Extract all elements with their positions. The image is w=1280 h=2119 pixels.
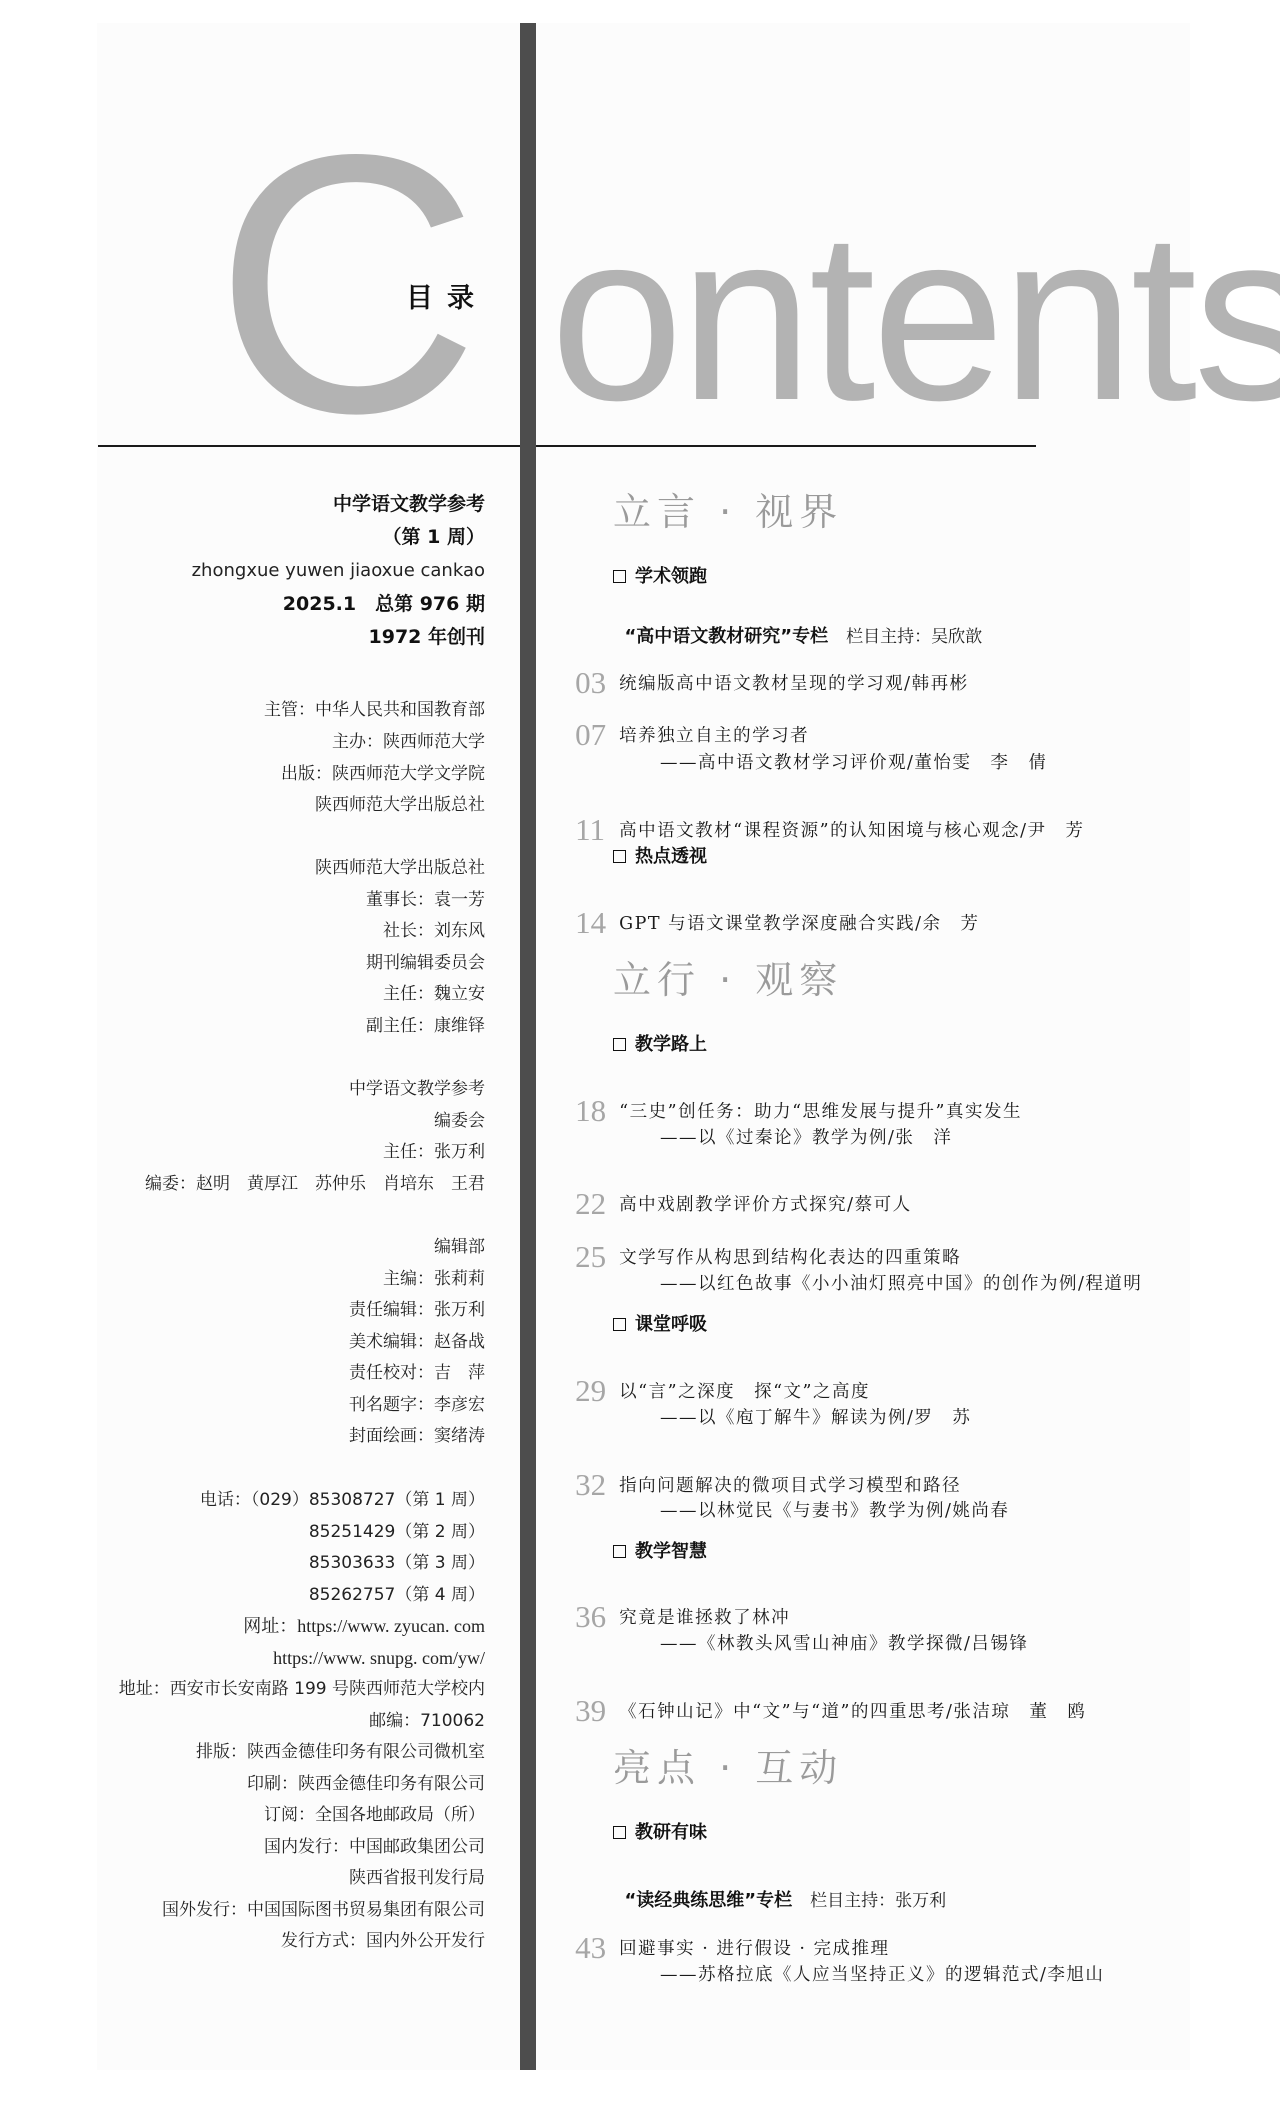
contact-line: 陕西省报刊发行局 (349, 1868, 485, 1888)
page-number: 18 (575, 1096, 619, 1126)
info-line: 主任：张万利 (383, 1142, 485, 1162)
contact-line: 国外发行：中国国际图书贸易集团有限公司 (162, 1900, 485, 1920)
toc-entry[interactable]: 11高中语文教材“课程资源”的认知困境与核心观念/尹 芳 (565, 796, 1084, 845)
info-line: 社长：刘东风 (383, 921, 485, 941)
page-number: 36 (575, 1602, 619, 1632)
special-column: “高中语文教材研究”专栏栏目主持：吴欣歆 (613, 604, 982, 648)
info-line: 出版：陕西师范大学文学院 (281, 764, 485, 784)
special-column: “读经典练思维”专栏栏目主持：张万利 (613, 1868, 946, 1912)
header-divider (98, 445, 1036, 447)
contact-line: 电话：（029）85308727（第 1 周） (200, 1490, 485, 1510)
info-line: 封面绘画：窦绪涛 (349, 1426, 485, 1446)
info-line: 责任校对：吉 萍 (349, 1363, 485, 1383)
contact-line: 排版：陕西金德佳印务有限公司微机室 (196, 1742, 485, 1762)
page-number: 03 (575, 668, 619, 698)
section-title: 立言 · 视界 (613, 490, 843, 534)
journal-pinyin: zhongxue yuwen jiaoxue cankao (192, 561, 485, 581)
page-number: 29 (575, 1376, 619, 1406)
square-icon (613, 1826, 626, 1839)
square-icon (613, 850, 626, 863)
toc-entry[interactable]: 39《石钟山记》中“文”与“道”的四重思考/张洁琼 董 鸥 (565, 1677, 1086, 1726)
column-heading: 热点透视 (613, 846, 707, 868)
article-title: 文学写作从构思到结构化表达的四重策略 (619, 1248, 961, 1268)
info-line: 美术编辑：赵备战 (349, 1332, 485, 1352)
column-heading: 教研有味 (613, 1822, 707, 1844)
page-number: 32 (575, 1470, 619, 1500)
page-number: 25 (575, 1242, 619, 1272)
article-title: 高中戏剧教学评价方式探究/蔡可人 (619, 1195, 911, 1215)
toc-entry[interactable]: 14GPT 与语文课堂教学深度融合实践/余 芳 (565, 889, 980, 938)
info-line: 编委：赵明 黄厚江 苏仲乐 肖培东 王君 (145, 1174, 485, 1194)
page-number: 14 (575, 908, 619, 938)
article-title: 《石钟山记》中“文”与“道”的四重思考/张洁琼 董 鸥 (619, 1702, 1086, 1722)
info-line: 主管：中华人民共和国教育部 (264, 700, 485, 720)
issue-number: 2025.1 总第 976 期 (283, 594, 485, 614)
article-title: 高中语文教材“课程资源”的认知困境与核心观念/尹 芳 (619, 821, 1084, 841)
page-number: 07 (575, 720, 619, 750)
page-number: 11 (575, 815, 619, 845)
article-subtitle: ——以红色故事《小小油灯照亮中国》的创作为例/程道明 (660, 1270, 1142, 1295)
square-icon (613, 570, 626, 583)
article-subtitle: ——以《庖丁解牛》解读为例/罗 苏 (660, 1404, 971, 1429)
info-line: 期刊编辑委员会 (366, 953, 485, 973)
contact-line: 85251429（第 2 周） (309, 1522, 485, 1542)
column-heading: 教学路上 (613, 1034, 707, 1056)
article-title: GPT 与语文课堂教学深度融合实践/余 芳 (619, 914, 979, 934)
info-line: 刊名题字：李彦宏 (349, 1395, 485, 1415)
column-heading: 课堂呼吸 (613, 1314, 707, 1336)
article-title: 以“言”之深度 探“文”之高度 (619, 1382, 870, 1402)
toc-entry[interactable]: 36究竟是谁拯救了林冲 (565, 1583, 790, 1632)
toc-entry[interactable]: 22高中戏剧教学评价方式探究/蔡可人 (565, 1170, 912, 1219)
vertical-divider-bar (520, 23, 536, 2070)
contact-line: 印刷：陕西金德佳印务有限公司 (247, 1774, 485, 1794)
info-line: 主办：陕西师范大学 (332, 732, 485, 752)
article-subtitle: ——《林教头风雪山神庙》教学探微/吕锡锋 (660, 1630, 1028, 1655)
info-line: 董事长：袁一芳 (366, 890, 485, 910)
article-subtitle: ——以林觉民《与妻书》教学为例/姚尚春 (660, 1497, 1009, 1522)
column-heading: 学术领跑 (613, 566, 707, 588)
contents-word: ontents (550, 196, 1280, 436)
info-line: 编辑部 (434, 1237, 485, 1257)
info-line: 中学语文教学参考 (349, 1079, 485, 1099)
square-icon (613, 1038, 626, 1051)
info-line: 主任：魏立安 (383, 984, 485, 1004)
article-title: 究竟是谁拯救了林冲 (619, 1608, 790, 1628)
section-title: 立行 · 观察 (613, 958, 843, 1002)
contact-line: 地址：西安市长安南路 199 号陕西师范大学校内 (119, 1679, 485, 1699)
toc-entry[interactable]: 43回避事实 · 进行假设 · 完成推理 (565, 1914, 890, 1963)
page-number: 43 (575, 1933, 619, 1963)
info-line: 副主任：康维铎 (366, 1016, 485, 1036)
info-line: 陕西师范大学出版总社 (315, 795, 485, 815)
page-number: 22 (575, 1189, 619, 1219)
week-label: （第 1 周） (383, 527, 485, 547)
contact-line: 订阅：全国各地邮政局（所） (264, 1805, 485, 1825)
square-icon (613, 1318, 626, 1331)
article-subtitle: ——以《过秦论》教学为例/张 洋 (660, 1124, 952, 1149)
toc-entry[interactable]: 18“三史”创任务：助力“思维发展与提升”真实发生 (565, 1077, 1022, 1126)
article-title: 统编版高中语文教材呈现的学习观/韩再彬 (619, 674, 968, 694)
article-subtitle: ——高中语文教材学习评价观/董怡雯 李 倩 (660, 749, 1047, 774)
info-line: 编委会 (434, 1111, 485, 1131)
info-line: 责任编辑：张万利 (349, 1300, 485, 1320)
article-title: 回避事实 · 进行假设 · 完成推理 (619, 1939, 889, 1959)
toc-entry[interactable]: 03统编版高中语文教材呈现的学习观/韩再彬 (565, 649, 969, 698)
website-link[interactable]: https://www. snupg. com/yw/ (273, 1648, 485, 1668)
section-title: 亮点 · 互动 (613, 1746, 843, 1790)
article-subtitle: ——苏格拉底《人应当坚持正义》的逻辑范式/李旭山 (660, 1961, 1104, 1986)
info-line: 主编：张莉莉 (383, 1269, 485, 1289)
toc-entry[interactable]: 32指向问题解决的微项目式学习模型和路径 (565, 1451, 961, 1500)
contact-line: 85262757（第 4 周） (309, 1585, 485, 1605)
article-title: “三史”创任务：助力“思维发展与提升”真实发生 (619, 1102, 1022, 1122)
contact-line: 85303633（第 3 周） (309, 1553, 485, 1573)
contact-line: 发行方式：国内外公开发行 (281, 1931, 485, 1951)
journal-name: 中学语文教学参考 (333, 494, 485, 514)
column-heading: 教学智慧 (613, 1541, 707, 1563)
contact-line: 国内发行：中国邮政集团公司 (264, 1837, 485, 1857)
square-icon (613, 1545, 626, 1558)
article-title: 培养独立自主的学习者 (619, 726, 809, 746)
toc-entry[interactable]: 07培养独立自主的学习者 (565, 701, 809, 750)
toc-entry[interactable]: 29以“言”之深度 探“文”之高度 (565, 1357, 870, 1406)
contact-line: 邮编：710062 (369, 1711, 485, 1731)
page-title: 目录 (406, 276, 488, 315)
page-number: 39 (575, 1696, 619, 1726)
article-title: 指向问题解决的微项目式学习模型和路径 (619, 1476, 961, 1496)
founded-year: 1972 年创刊 (369, 627, 486, 647)
info-line: 陕西师范大学出版总社 (315, 858, 485, 878)
website-link[interactable]: 网址：https://www. zyucan. com (243, 1616, 485, 1636)
toc-entry[interactable]: 25文学写作从构思到结构化表达的四重策略 (565, 1223, 961, 1272)
